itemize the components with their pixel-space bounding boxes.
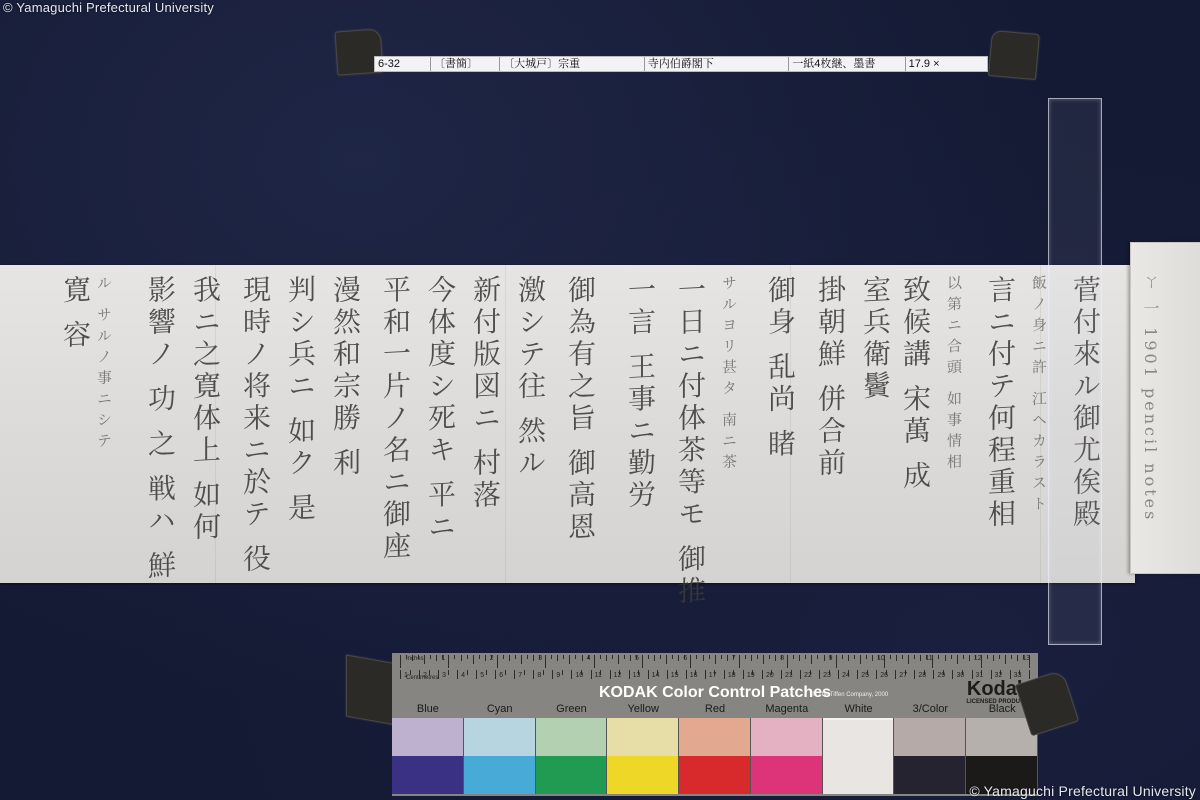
inch-tick: [527, 655, 528, 659]
cm-tick: [448, 670, 449, 675]
patch-dark: [823, 757, 894, 794]
inch-tick: [951, 655, 952, 659]
paper-fold: [505, 265, 506, 583]
cm-mark: 18: [728, 672, 736, 679]
inch-tick: [430, 655, 431, 659]
patch-light: [966, 718, 1037, 756]
cm-tick: [819, 670, 820, 679]
patch-light: [894, 718, 965, 756]
calligraphy-column: 致候講 宋萬 成: [901, 274, 929, 493]
inch-mark: 10: [877, 655, 885, 662]
inch-tick: [824, 655, 825, 661]
cm-mark: 6: [499, 672, 503, 679]
inch-tick: [957, 655, 958, 664]
ruler: Inches Centimetres 123456789101112131234…: [392, 653, 1038, 683]
ruler-inches-label: Inches: [406, 656, 424, 662]
inch-tick: [606, 655, 607, 661]
inch-tick: [920, 655, 921, 661]
cm-mark: 25: [861, 672, 869, 679]
inch-tick: [545, 655, 546, 668]
inch-tick: [709, 655, 710, 659]
inch-tick: [630, 655, 631, 661]
inch-tick: [600, 655, 601, 659]
attached-pencil-note: ㄚ 一 1901 pencil notes: [1130, 242, 1200, 574]
cm-tick: [457, 670, 458, 679]
inch-tick: [727, 655, 728, 661]
inch-mark: 11: [925, 655, 932, 662]
patch-3-color: [894, 718, 966, 794]
calligraphy-column: 寛 容: [61, 274, 89, 352]
inch-tick: [497, 655, 498, 668]
inch-tick: [448, 655, 449, 668]
patch-label: Red: [679, 703, 751, 715]
cm-tick: [467, 670, 468, 675]
cm-tick: [648, 670, 649, 679]
cm-tick: [781, 670, 782, 679]
calligraphy-column: 判シ兵ニ 如ク 是: [286, 274, 314, 525]
inch-tick: [467, 655, 468, 659]
cm-mark: 20: [766, 672, 774, 679]
cm-mark: 14: [652, 672, 660, 679]
cm-mark: 27: [899, 672, 907, 679]
cm-tick: [895, 670, 896, 679]
patch-dark: [464, 756, 535, 794]
cm-mark: 13: [633, 672, 641, 679]
patch-dark: [751, 756, 822, 794]
calligraphy-column: 御為有之旨 御高恩: [566, 274, 594, 544]
calligraphy-column: 一日ニ付体茶等モ 御推: [676, 274, 704, 608]
cm-tick: [1029, 670, 1030, 679]
cm-mark: 24: [842, 672, 850, 679]
inch-tick: [454, 655, 455, 659]
calligraphy-column: 激シテ往 然ル: [516, 274, 544, 480]
inch-tick: [485, 655, 486, 661]
inch-tick: [848, 655, 849, 661]
cm-mark: 4: [461, 672, 465, 679]
cm-mark: 12: [614, 672, 622, 679]
patch-white: [823, 718, 895, 794]
patch-label: Green: [536, 703, 608, 715]
calligraphy-column: 影響ノ 功 之 戦ハ 鮮: [146, 274, 174, 583]
cm-mark: 23: [823, 672, 831, 679]
inch-tick: [854, 655, 855, 659]
cm-tick: [429, 670, 430, 675]
cm-mark: 8: [537, 672, 541, 679]
label-cell: 〔書簡〕: [431, 57, 500, 71]
cm-tick: [543, 670, 544, 675]
cm-tick: [686, 670, 687, 679]
calligraphy-column: 掛朝鮮 併合前: [816, 274, 844, 480]
cm-tick: [562, 670, 563, 675]
cm-tick: [552, 670, 553, 679]
calligraphy-column: 室兵衛鬢: [861, 274, 889, 403]
inch-mark: 4: [587, 655, 591, 662]
cm-tick: [410, 670, 411, 675]
calligraphy-column: 今体度シ死キ 平ニ: [426, 274, 454, 544]
calligraphy-column: 御身 乱尚 睹: [766, 274, 794, 461]
inch-tick: [860, 655, 861, 664]
cm-mark: 11: [595, 672, 602, 679]
card-copyright: © The Tiffen Company, 2000: [812, 692, 888, 698]
cm-tick: [933, 670, 934, 679]
calligraphy-column: 現時ノ将来ニ於テ 役: [241, 274, 269, 576]
cm-mark: 28: [918, 672, 926, 679]
patch-light: [823, 718, 894, 757]
cm-tick: [857, 670, 858, 679]
patch-label: White: [823, 703, 895, 715]
inch-tick: [775, 655, 776, 661]
inch-tick: [563, 655, 564, 659]
patch-yellow: [607, 718, 679, 794]
inch-tick: [515, 655, 516, 659]
inch-tick: [811, 655, 812, 664]
inch-tick: [594, 655, 595, 668]
cm-mark: 3: [442, 672, 446, 679]
cm-mark: 19: [747, 672, 755, 679]
cm-tick: [486, 670, 487, 675]
patch-dark: [894, 756, 965, 794]
inch-tick: [787, 655, 788, 668]
patch-dark: [679, 756, 750, 794]
patch-dark: [392, 756, 463, 794]
patch-blue: [392, 718, 464, 794]
inch-tick: [575, 655, 576, 659]
inch-tick: [1017, 655, 1018, 661]
inch-tick: [890, 655, 891, 659]
inch-tick: [412, 655, 413, 661]
inch-tick: [557, 655, 558, 661]
inch-tick: [436, 655, 437, 661]
inch-tick: [914, 655, 915, 659]
inch-tick: [418, 655, 419, 659]
patch-dark: [536, 756, 607, 794]
inch-tick: [842, 655, 843, 659]
label-cell: 6-32: [375, 57, 431, 71]
calligraphy-column: 飯ノ身ニ許 江ヘカラスト: [1031, 275, 1046, 518]
inch-tick: [866, 655, 867, 659]
inch-tick: [424, 655, 425, 664]
inch-tick: [908, 655, 909, 664]
cm-tick: [629, 670, 630, 679]
calligraphy-column: 以第ニ合頭 如事情相: [946, 275, 961, 476]
patch-label: Yellow: [607, 703, 679, 715]
inch-tick: [902, 655, 903, 659]
inch-tick: [763, 655, 764, 664]
acrylic-weight-bar: [1048, 98, 1102, 645]
patch-label: Magenta: [751, 703, 823, 715]
inch-tick: [660, 655, 661, 659]
letter-scroll: 菅付來ル御尤俟殿飯ノ身ニ許 江ヘカラスト言ニ付テ何程重相以第ニ合頭 如事情相致候…: [0, 265, 1135, 583]
inch-tick: [817, 655, 818, 659]
calligraphy-column: 平和一片ノ名ニ御座: [381, 274, 409, 563]
cm-mark: 30: [956, 672, 964, 679]
cm-mark: 5: [480, 672, 484, 679]
patch-labels: BlueCyanGreenYellowRedMagentaWhite3/Colo…: [392, 703, 1038, 715]
cm-mark: 15: [671, 672, 679, 679]
calligraphy-column: ル サルノ事ニシテ: [96, 275, 111, 455]
inch-tick: [805, 655, 806, 659]
inch-tick: [666, 655, 667, 664]
inch-tick: [624, 655, 625, 659]
cm-tick: [838, 670, 839, 679]
patch-label: Cyan: [464, 703, 536, 715]
cm-tick: [914, 670, 915, 679]
copyright-top: © Yamaguchi Prefectural University: [3, 0, 214, 15]
inch-tick: [1005, 655, 1006, 664]
calligraphy-column: 一言 王事ニ勤労: [626, 274, 654, 512]
inch-mark: 13: [1022, 655, 1030, 662]
color-patches: [392, 718, 1038, 794]
cm-mark: 1: [404, 672, 408, 679]
inch-tick: [521, 655, 522, 664]
inch-mark: 2: [490, 655, 494, 662]
cm-mark: 9: [556, 672, 560, 679]
inch-tick: [938, 655, 939, 659]
inch-tick: [1011, 655, 1012, 659]
inch-tick: [721, 655, 722, 659]
label-cell: 寺内伯爵閣下: [645, 57, 790, 71]
inch-mark: 5: [635, 655, 639, 662]
inch-tick: [999, 655, 1000, 659]
inch-tick: [612, 655, 613, 659]
inch-tick: [745, 655, 746, 659]
patch-light: [392, 718, 463, 756]
cm-mark: 16: [690, 672, 698, 679]
patch-magenta: [751, 718, 823, 794]
patch-light: [607, 718, 678, 756]
inch-tick: [963, 655, 964, 659]
label-cell: 〔大城戸〕宗重: [500, 57, 645, 71]
pencil-notes: ㄚ 一 1901 pencil notes: [1139, 273, 1162, 522]
inch-tick: [987, 655, 988, 659]
inch-tick: [479, 655, 480, 659]
inch-tick: [690, 655, 691, 668]
cm-tick: [419, 670, 420, 679]
cm-mark: 21: [785, 672, 793, 679]
calligraphy-column: サルヨリ甚タ 南ニ茶: [721, 275, 736, 476]
inch-mark: 9: [829, 655, 833, 662]
inch-tick: [715, 655, 716, 664]
label-cell: 17.9 ×: [906, 57, 987, 71]
cm-tick: [476, 670, 477, 679]
cm-tick: [505, 670, 506, 675]
cm-tick: [571, 670, 572, 679]
inch-tick: [672, 655, 673, 659]
cm-tick: [724, 670, 725, 679]
inch-tick: [757, 655, 758, 659]
patch-light: [679, 718, 750, 756]
patch-green: [536, 718, 608, 794]
patch-label: Blue: [392, 703, 464, 715]
inch-tick: [993, 655, 994, 661]
inch-tick: [678, 655, 679, 661]
cm-tick: [495, 670, 496, 679]
inch-tick: [582, 655, 583, 661]
cm-mark: 10: [575, 672, 583, 679]
cm-mark: 29: [937, 672, 945, 679]
inch-tick: [769, 655, 770, 659]
cm-mark: 26: [880, 672, 888, 679]
calligraphy-column: 新付版図ニ 村落: [471, 274, 499, 512]
cm-tick: [952, 670, 953, 679]
inch-tick: [509, 655, 510, 661]
cm-tick: [800, 670, 801, 679]
inch-tick: [406, 655, 407, 659]
inch-tick: [945, 655, 946, 661]
patch-light: [536, 718, 607, 756]
inch-tick: [551, 655, 552, 659]
patch-dark: [607, 756, 678, 794]
inch-tick: [793, 655, 794, 659]
patch-label: 3/Color: [894, 703, 966, 715]
inch-tick: [400, 655, 401, 668]
inch-tick: [654, 655, 655, 661]
inch-tick: [799, 655, 800, 661]
calligraphy-column: 言ニ付テ何程重相: [986, 274, 1014, 531]
cm-tick: [667, 670, 668, 679]
copyright-bottom: © Yamaguchi Prefectural University: [969, 783, 1196, 799]
inch-mark: 8: [780, 655, 784, 662]
kodak-color-card: Inches Centimetres 123456789101112131234…: [392, 653, 1038, 796]
inch-tick: [503, 655, 504, 659]
inch-tick: [461, 655, 462, 661]
patch-light: [464, 718, 535, 756]
cm-tick: [743, 670, 744, 679]
catalog-label-strip: 6-32〔書簡〕〔大城戸〕宗重寺内伯爵閣下一紙4枚継、墨書17.9 ×: [374, 56, 988, 72]
inch-tick: [696, 655, 697, 659]
card-title: KODAK Color Control Patches: [392, 684, 1038, 702]
label-cell: 一紙4枚継、墨書: [789, 57, 905, 71]
inch-tick: [642, 655, 643, 668]
tape-top-right: [988, 30, 1040, 80]
patch-cyan: [464, 718, 536, 794]
inch-tick: [896, 655, 897, 661]
cm-tick: [762, 670, 763, 679]
cm-mark: 7: [518, 672, 522, 679]
inch-mark: 1: [441, 655, 445, 662]
cm-tick: [438, 670, 439, 679]
inch-tick: [533, 655, 534, 661]
cm-tick: [400, 670, 401, 679]
inch-tick: [703, 655, 704, 661]
inch-mark: 12: [974, 655, 982, 662]
inch-tick: [618, 655, 619, 664]
calligraphy-column: 我ニ之寛体上 如何: [191, 274, 219, 544]
inch-tick: [836, 655, 837, 668]
calligraphy-column: 漫然和宗勝 利: [331, 274, 359, 480]
inch-tick: [751, 655, 752, 661]
cm-tick: [533, 670, 534, 679]
inch-tick: [872, 655, 873, 661]
inch-tick: [739, 655, 740, 668]
inch-tick: [648, 655, 649, 659]
cm-mark: 22: [804, 672, 812, 679]
cm-mark: 17: [709, 672, 717, 679]
cm-mark: 2: [423, 672, 427, 679]
inch-mark: 7: [732, 655, 736, 662]
inch-mark: 3: [538, 655, 542, 662]
cm-tick: [876, 670, 877, 679]
patch-red: [679, 718, 751, 794]
cm-tick: [514, 670, 515, 679]
cm-tick: [591, 670, 592, 679]
cm-tick: [610, 670, 611, 679]
cm-tick: [524, 670, 525, 675]
inch-tick: [969, 655, 970, 661]
inch-tick: [473, 655, 474, 664]
patch-light: [751, 718, 822, 756]
cm-tick: [705, 670, 706, 679]
inch-tick: [569, 655, 570, 664]
inch-mark: 6: [683, 655, 687, 662]
